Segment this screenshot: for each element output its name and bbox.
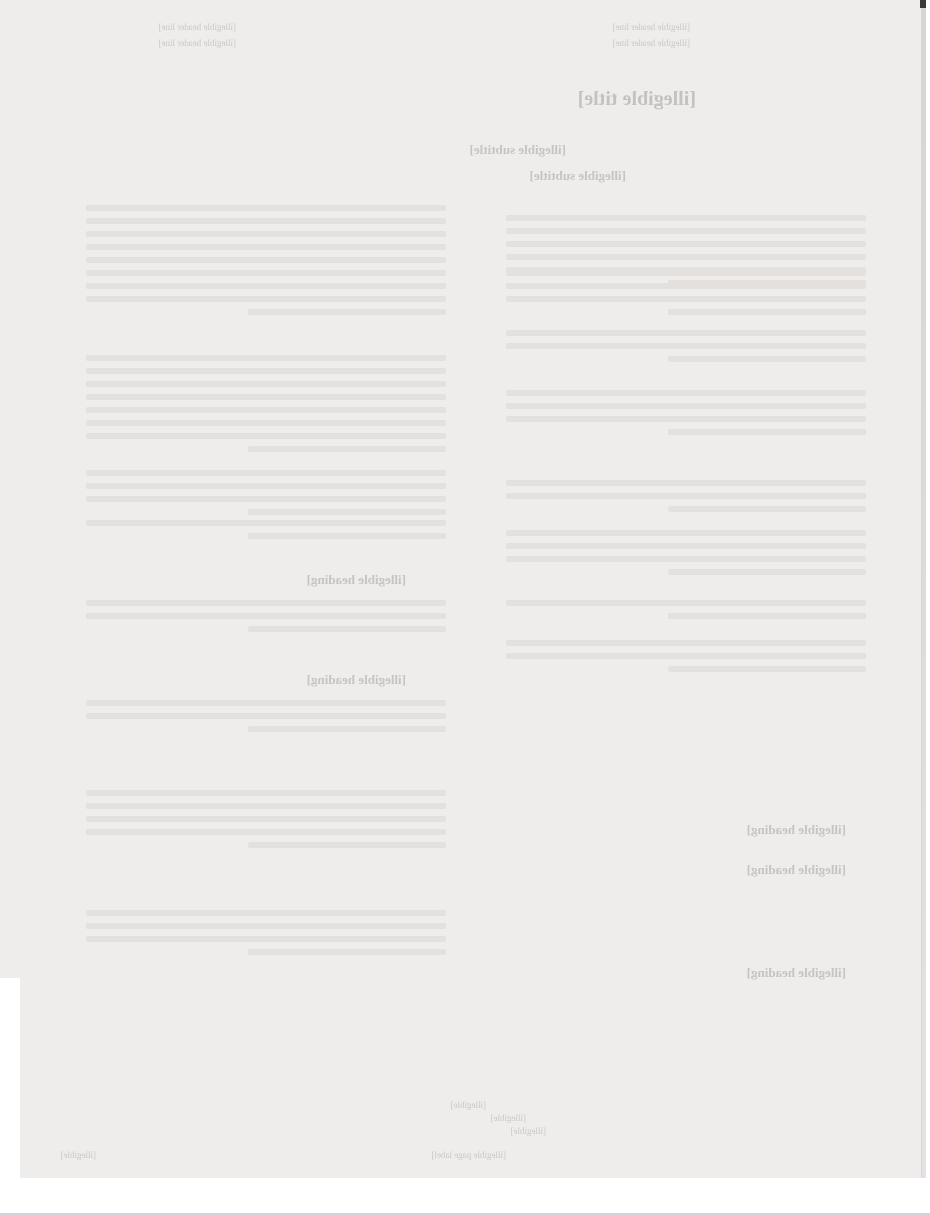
ghost-text-line — [506, 493, 866, 499]
ghost-text-line — [248, 509, 446, 515]
ghost-text-line — [506, 600, 866, 606]
ghost-text-line — [86, 296, 446, 302]
ghost-text-line — [86, 520, 446, 526]
ghost-text-line — [86, 355, 446, 361]
ghost-text-line — [86, 407, 446, 413]
ghost-text-line — [86, 270, 446, 276]
ghost-text-line — [668, 356, 866, 362]
ghost-text-line — [86, 257, 446, 263]
document-page: [illegible header line] [illegible heade… — [0, 0, 926, 1178]
ghost-text-line — [506, 283, 866, 289]
ghost-text-line — [668, 569, 866, 575]
ghost-text-line — [506, 296, 866, 302]
ghost-text-line — [86, 244, 446, 250]
section-heading: [illegible heading] — [307, 672, 406, 688]
ghost-text-line — [668, 309, 866, 315]
footer-note: [illegible] — [511, 1126, 547, 1136]
scan-margin — [0, 978, 20, 1178]
section-heading: [illegible heading] — [747, 822, 846, 838]
ghost-text-line — [86, 381, 446, 387]
ghost-text-line — [86, 936, 446, 942]
ghost-text-line — [86, 433, 446, 439]
ghost-text-line — [86, 470, 446, 476]
ghost-text-line — [506, 640, 866, 646]
section-heading: [illegible heading] — [307, 572, 406, 588]
ghost-text-line — [506, 241, 866, 247]
ghost-text-line — [668, 429, 866, 435]
ghost-text-line — [506, 254, 866, 260]
ghost-text-line — [86, 613, 446, 619]
section-heading: [illegible heading] — [747, 862, 846, 878]
ghost-text-line — [506, 270, 866, 276]
ghost-text-line — [506, 556, 866, 562]
ghost-text-line — [506, 390, 866, 396]
document-subtitle: [illegible subtitle] — [530, 168, 626, 184]
ghost-text-line — [668, 506, 866, 512]
ghost-text-line — [506, 543, 866, 549]
ghost-text-line — [506, 530, 866, 536]
ghost-text-line — [248, 626, 446, 632]
document-title: [illegible title] — [578, 88, 696, 111]
ghost-text-line — [86, 205, 446, 211]
ghost-text-line — [86, 600, 446, 606]
ghost-text-line — [86, 283, 446, 289]
section-heading: [illegible heading] — [747, 965, 846, 981]
ghost-text-line — [86, 496, 446, 502]
footer-note: [illegible] — [451, 1100, 487, 1110]
document-subtitle: [illegible subtitle] — [470, 142, 566, 158]
ghost-text-line — [248, 533, 446, 539]
ghost-text-line — [506, 215, 866, 221]
footer-left: [illegible] — [61, 1150, 97, 1160]
ghost-text-line — [506, 653, 866, 659]
ghost-text-line — [86, 910, 446, 916]
ghost-text-line — [86, 483, 446, 489]
ghost-text-line — [86, 231, 446, 237]
page-edge — [921, 0, 926, 1178]
ghost-text-line — [86, 700, 446, 706]
ghost-text-line — [86, 218, 446, 224]
ghost-text-line — [86, 790, 446, 796]
ghost-text-line — [248, 309, 446, 315]
ghost-text-line — [248, 842, 446, 848]
ghost-text-line — [248, 726, 446, 732]
header-line: [illegible header line] — [159, 22, 236, 32]
ghost-text-line — [668, 613, 866, 619]
header-line: [illegible header line] — [613, 38, 690, 48]
mirrored-bleed-through-layer: [illegible header line] [illegible heade… — [0, 0, 926, 1178]
ghost-text-line — [86, 394, 446, 400]
ghost-text-line — [248, 949, 446, 955]
header-line: [illegible header line] — [159, 38, 236, 48]
corner-mark — [920, 0, 926, 8]
ghost-text-line — [506, 343, 866, 349]
ghost-text-line — [248, 446, 446, 452]
ghost-text-line — [86, 816, 446, 822]
ghost-text-line — [86, 368, 446, 374]
header-line: [illegible header line] — [613, 22, 690, 32]
ghost-text-line — [86, 713, 446, 719]
ghost-text-line — [86, 923, 446, 929]
ghost-text-line — [668, 666, 866, 672]
ghost-text-line — [86, 829, 446, 835]
ghost-text-line — [506, 416, 866, 422]
ghost-text-line — [506, 480, 866, 486]
ghost-text-line — [506, 330, 866, 336]
footer-page-label: [illegible page label] — [432, 1150, 506, 1160]
ghost-text-line — [86, 803, 446, 809]
ghost-text-line — [86, 420, 446, 426]
ghost-text-line — [506, 403, 866, 409]
ghost-text-line — [506, 228, 866, 234]
footer-note: [illegible] — [491, 1113, 527, 1123]
